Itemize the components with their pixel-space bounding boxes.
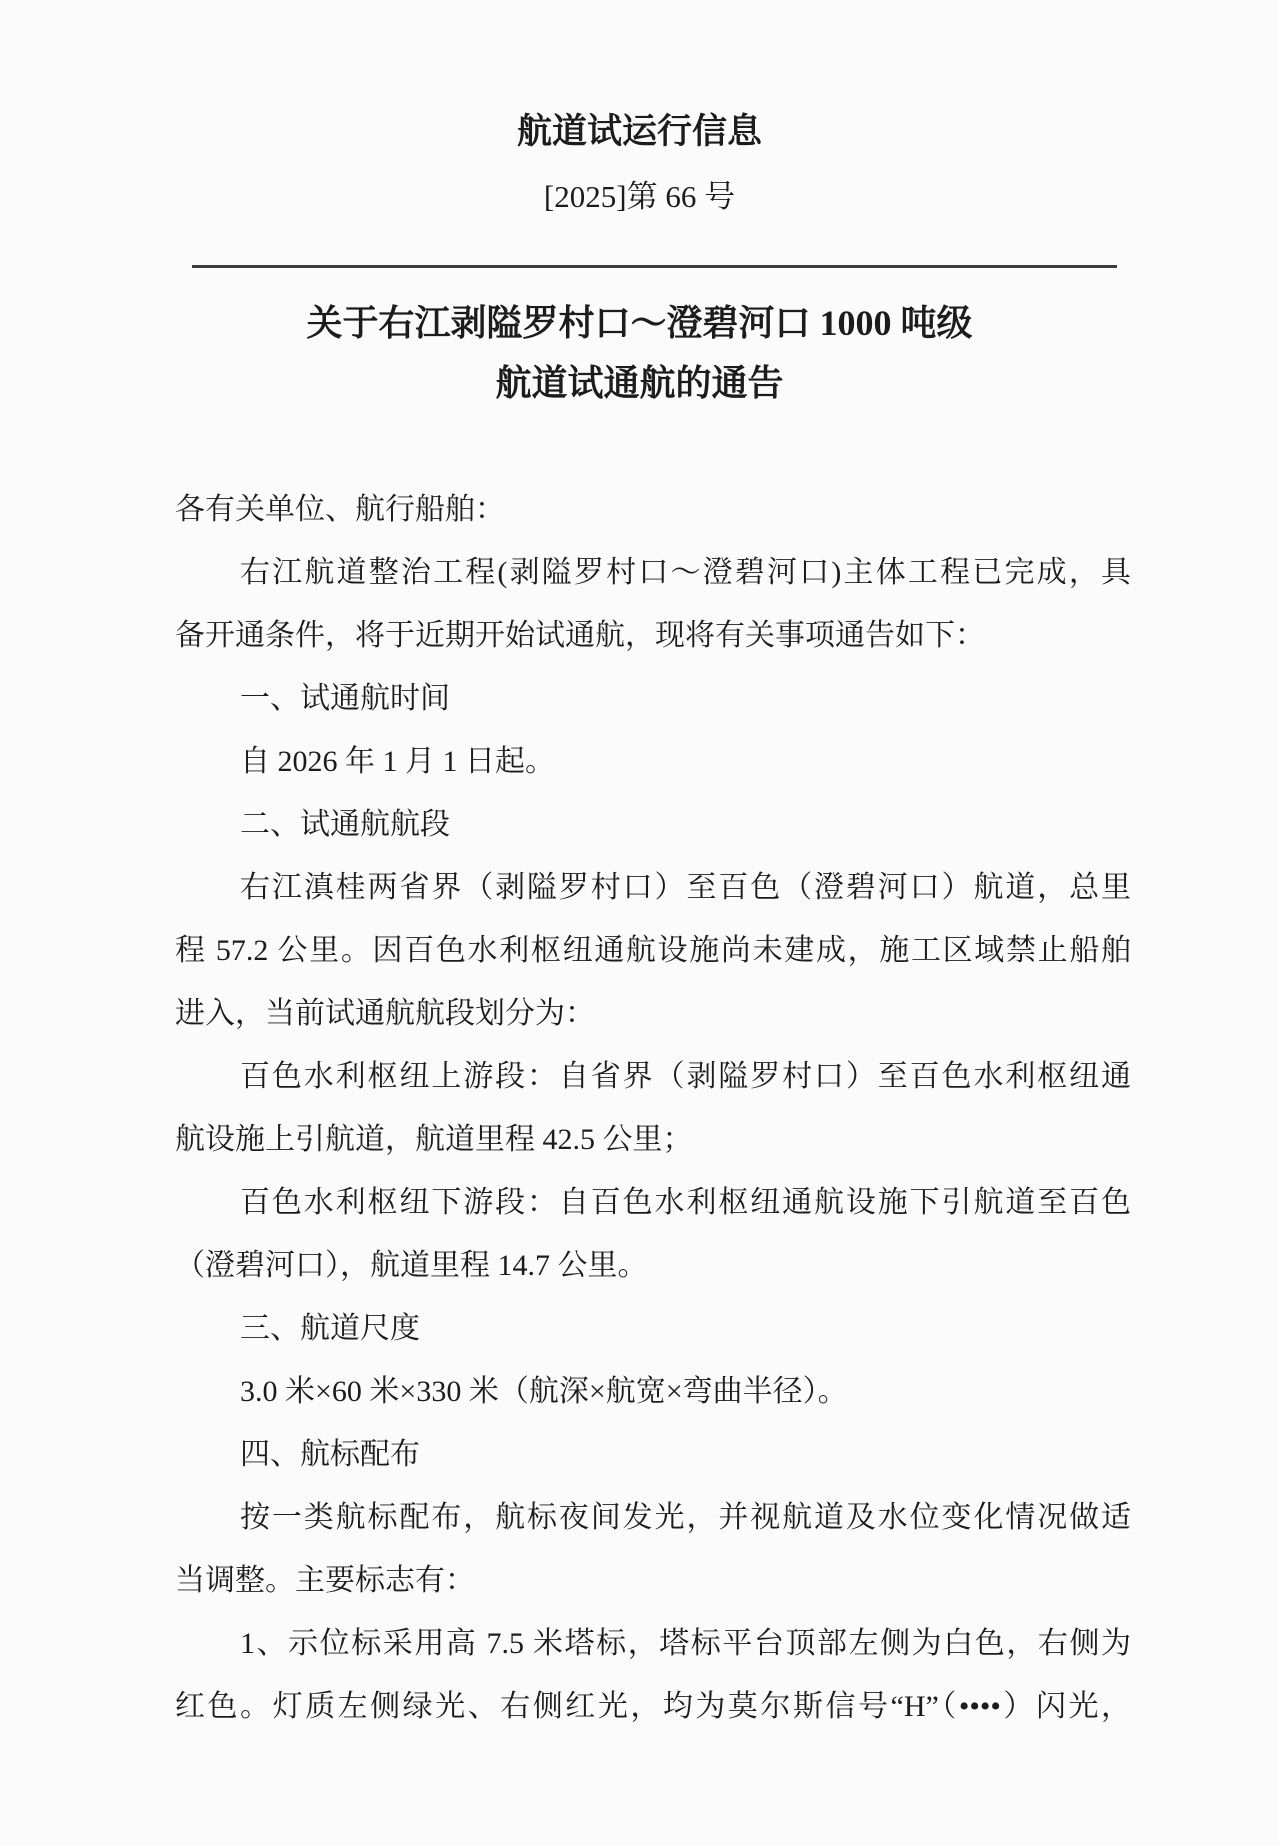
body-line: 一、试通航时间 <box>175 667 1131 730</box>
body-line: 百色水利枢纽下游段：自百色水利枢纽通航设施下引航道至百色 <box>175 1171 1131 1234</box>
body-line: 各有关单位、航行船舶： <box>175 478 1131 541</box>
document-number: [2025]第 66 号 <box>0 179 1279 215</box>
body-line: 二、试通航航段 <box>175 793 1131 856</box>
document-page: 航道试运行信息 [2025]第 66 号 关于右江剥隘罗村口～澄碧河口 1000… <box>0 0 1279 1846</box>
body-line: 红色。灯质左侧绿光、右侧红光，均为莫尔斯信号“H”（••••）闪光， <box>175 1675 1131 1738</box>
divider-line <box>192 265 1117 268</box>
body-line: 备开通条件，将于近期开始试通航，现将有关事项通告如下： <box>175 604 1131 667</box>
body-line: 四、航标配布 <box>175 1423 1131 1486</box>
body-line: 程 57.2 公里。因百色水利枢纽通航设施尚未建成，施工区域禁止船舶 <box>175 919 1131 982</box>
body-line: 右江航道整治工程(剥隘罗村口～澄碧河口)主体工程已完成，具 <box>175 541 1131 604</box>
body-line: 右江滇桂两省界（剥隘罗村口）至百色（澄碧河口）航道，总里 <box>175 856 1131 919</box>
notice-title-line2: 航道试通航的通告 <box>0 361 1279 405</box>
body-line: 航设施上引航道，航道里程 42.5 公里； <box>175 1108 1131 1171</box>
body-line: 3.0 米×60 米×330 米（航深×航宽×弯曲半径）。 <box>175 1360 1131 1423</box>
body-line: 自 2026 年 1 月 1 日起。 <box>175 730 1131 793</box>
body-line: 当调整。主要标志有： <box>175 1549 1131 1612</box>
notice-body: 各有关单位、航行船舶：右江航道整治工程(剥隘罗村口～澄碧河口)主体工程已完成，具… <box>0 478 1279 1738</box>
body-line: 按一类航标配布，航标夜间发光，并视航道及水位变化情况做适 <box>175 1486 1131 1549</box>
body-line: 进入，当前试通航航段划分为： <box>175 982 1131 1045</box>
body-line: 百色水利枢纽上游段：自省界（剥隘罗村口）至百色水利枢纽通 <box>175 1045 1131 1108</box>
body-line: （澄碧河口），航道里程 14.7 公里。 <box>175 1234 1131 1297</box>
body-line: 三、航道尺度 <box>175 1297 1131 1360</box>
masthead-title: 航道试运行信息 <box>0 0 1279 153</box>
body-line: 1、示位标采用高 7.5 米塔标，塔标平台顶部左侧为白色，右侧为 <box>175 1612 1131 1675</box>
notice-title-line1: 关于右江剥隘罗村口～澄碧河口 1000 吨级 <box>0 301 1279 345</box>
